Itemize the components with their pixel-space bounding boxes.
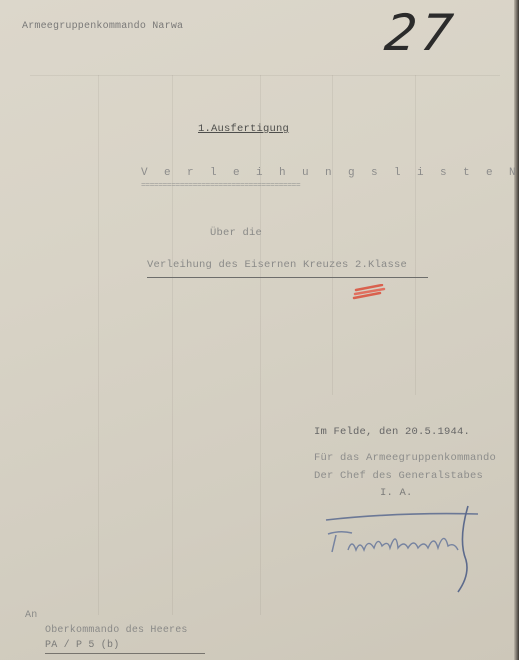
- recipient-office: PA / P 5 (b): [45, 640, 119, 651]
- copy-label: 1.Ausfertigung: [198, 123, 289, 135]
- issuing-command-header: Armeegruppenkommando Narwa: [22, 21, 183, 32]
- recipient-name: Oberkommando des Heeres: [45, 625, 188, 636]
- award-description: Verleihung des Eisernen Kreuzes 2.Klasse: [147, 259, 407, 271]
- page-edge-shadow: [514, 0, 519, 660]
- about-label: Über die: [210, 227, 262, 239]
- recipient-underline: [45, 653, 205, 654]
- title-double-underline: =====================================: [141, 181, 300, 190]
- handwritten-signature-icon: [318, 500, 498, 600]
- award-underline: [147, 277, 428, 278]
- recipient-label: An: [25, 610, 37, 621]
- bleed-through-line: [172, 75, 173, 615]
- red-pencil-mark-icon: [352, 284, 388, 300]
- bleed-through-line: [98, 75, 99, 615]
- bleed-through-line: [260, 75, 261, 615]
- bleed-through-line: [415, 75, 416, 395]
- document-title: V e r l e i h u n g s l i s t e Nr.20: [141, 167, 519, 179]
- place-and-date: Im Felde, den 20.5.1944.: [314, 426, 470, 438]
- signatory-line-3: I. A.: [380, 487, 413, 499]
- bleed-through-line: [30, 75, 500, 76]
- bleed-through-line: [332, 75, 333, 395]
- signatory-line-2: Der Chef des Generalstabes: [314, 470, 483, 482]
- handwritten-page-number: 27: [382, 4, 460, 62]
- signatory-line-1: Für das Armeegruppenkommando: [314, 452, 496, 464]
